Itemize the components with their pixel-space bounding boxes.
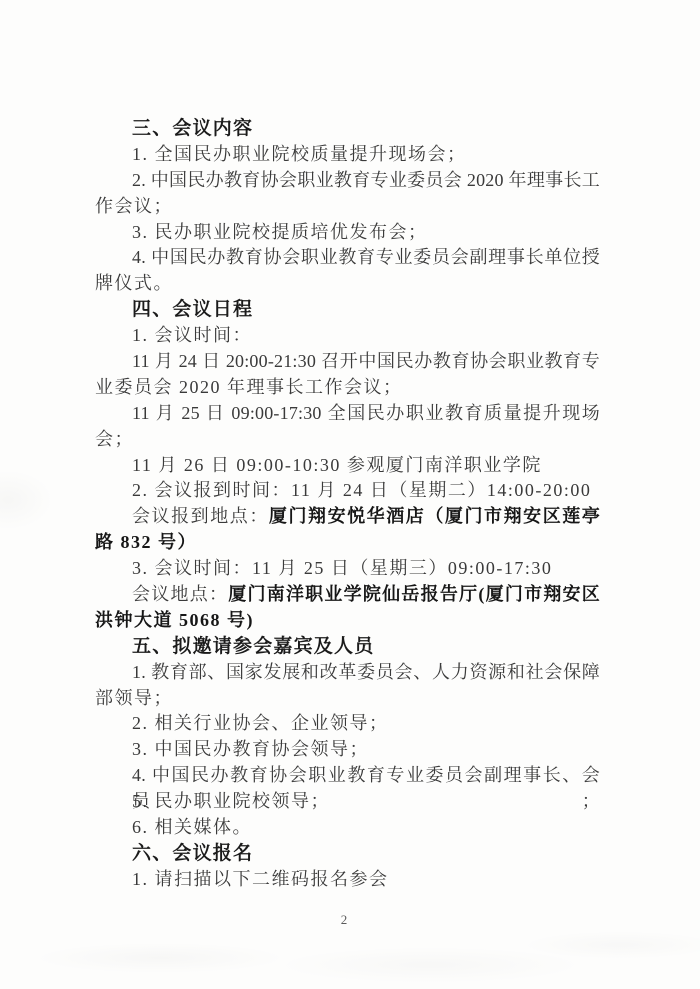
document-line: 1. 全国民办职业院校质量提升现场会；: [95, 142, 600, 168]
document-line: 1. 教育部、国家发展和改革委员会、人力资源和社会保障: [95, 660, 600, 686]
document-line: 牌仪式。: [95, 271, 600, 297]
document-line: 会议报到地点：厦门翔安悦华酒店（厦门市翔安区莲亭: [95, 504, 600, 530]
text-run: 会议地点：: [132, 584, 228, 604]
text-run: 五、拟邀请参会嘉宾及人员: [132, 636, 374, 657]
document-line: 2. 中国民办教育协会职业教育专业委员会 2020 年理事长工: [95, 168, 600, 194]
document-line: 11 月 26 日 09:00-10:30 参观厦门南洋职业学院: [95, 453, 600, 479]
document-line: 洪钟大道 5068 号): [95, 608, 600, 634]
text-run: 1. 教育部、国家发展和改革委员会、人力资源和社会保障: [132, 662, 600, 682]
section-heading: 五、拟邀请参会嘉宾及人员: [95, 634, 600, 660]
document-line: 4. 中国民办教育协会职业教育专业委员会副理事长、会员；: [95, 763, 600, 789]
document-line: 路 832 号）: [95, 530, 600, 556]
document-line: 4. 中国民办教育协会职业教育专业委员会副理事长单位授: [95, 245, 600, 271]
text-run: 牌仪式。: [95, 273, 173, 293]
document-line: 2. 会议报到时间：11 月 24 日（星期二）14:00-20:00: [95, 478, 600, 504]
text-run: 作会议；: [95, 196, 173, 216]
document-line: 会；: [95, 427, 600, 453]
text-run: 六、会议报名: [132, 843, 253, 864]
text-run: 部领导；: [95, 688, 173, 708]
document-line: 3. 民办职业院校提质培优发布会；: [95, 220, 600, 246]
text-run: 会议报到地点：: [132, 506, 269, 526]
page-number: 2: [0, 912, 688, 928]
document-line: 6. 相关媒体。: [95, 815, 600, 841]
document-page: 三、会议内容1. 全国民办职业院校质量提升现场会；2. 中国民办教育协会职业教育…: [0, 0, 700, 989]
text-run: 11 月 25 日 09:00-17:30 全国民办职业教育质量提升现场: [132, 403, 600, 423]
text-run: 三、会议内容: [132, 118, 253, 139]
document-line: 1. 会议时间：: [95, 323, 600, 349]
section-heading: 六、会议报名: [95, 841, 600, 867]
text-run: 业委员会 2020 年理事长工作会议；: [95, 377, 403, 397]
emphasis-text: 厦门翔安悦华酒店（厦门市翔安区莲亭: [269, 506, 600, 526]
text-run: 2. 相关行业协会、企业领导；: [132, 713, 389, 733]
text-run: 1. 会议时间：: [132, 325, 252, 345]
text-run: 会；: [95, 429, 134, 449]
text-run: 2. 会议报到时间：11 月 24 日（星期二）14:00-20:00: [132, 480, 591, 500]
emphasis-text: 洪钟大道 5068 号): [95, 610, 254, 630]
emphasis-text: 厦门南洋职业学院仙岳报告厅(厦门市翔安区: [228, 584, 600, 604]
document-line: 3. 中国民办教育协会领导；: [95, 737, 600, 763]
document-line: 会议地点：厦门南洋职业学院仙岳报告厅(厦门市翔安区: [95, 582, 600, 608]
section-heading: 三、会议内容: [95, 116, 600, 142]
text-run: 1. 全国民办职业院校质量提升现场会；: [132, 144, 467, 164]
document-line: 部领导；: [95, 686, 600, 712]
text-run: 5. 民办职业院校领导；: [132, 791, 330, 811]
emphasis-text: 路 832 号）: [95, 532, 197, 552]
text-run: 3. 民办职业院校提质培优发布会；: [132, 222, 428, 242]
text-run: 1. 请扫描以下二维码报名参会: [132, 869, 389, 889]
document-line: 11 月 25 日 09:00-17:30 全国民办职业教育质量提升现场: [95, 401, 600, 427]
text-run: 3. 会议时间：11 月 25 日（星期三）09:00-17:30: [132, 558, 552, 578]
document-body: 三、会议内容1. 全国民办职业院校质量提升现场会；2. 中国民办教育协会职业教育…: [95, 116, 600, 893]
text-run: 2. 中国民办教育协会职业教育专业委员会 2020 年理事长工: [132, 170, 600, 190]
text-run: 四、会议日程: [132, 299, 253, 320]
document-line: 3. 会议时间：11 月 25 日（星期三）09:00-17:30: [95, 556, 600, 582]
document-line: 11 月 24 日 20:00-21:30 召开中国民办教育协会职业教育专: [95, 349, 600, 375]
section-heading: 四、会议日程: [95, 297, 600, 323]
document-line: 1. 请扫描以下二维码报名参会: [95, 867, 600, 893]
text-run: 3. 中国民办教育协会领导；: [132, 739, 369, 759]
document-line: 作会议；: [95, 194, 600, 220]
text-run: 4. 中国民办教育协会职业教育专业委员会副理事长单位授: [132, 247, 600, 267]
text-run: 11 月 24 日 20:00-21:30 召开中国民办教育协会职业教育专: [132, 351, 600, 371]
document-line: 2. 相关行业协会、企业领导；: [95, 711, 600, 737]
document-line: 业委员会 2020 年理事长工作会议；: [95, 375, 600, 401]
text-run: 6. 相关媒体。: [132, 817, 252, 837]
text-run: 11 月 26 日 09:00-10:30 参观厦门南洋职业学院: [132, 455, 542, 475]
